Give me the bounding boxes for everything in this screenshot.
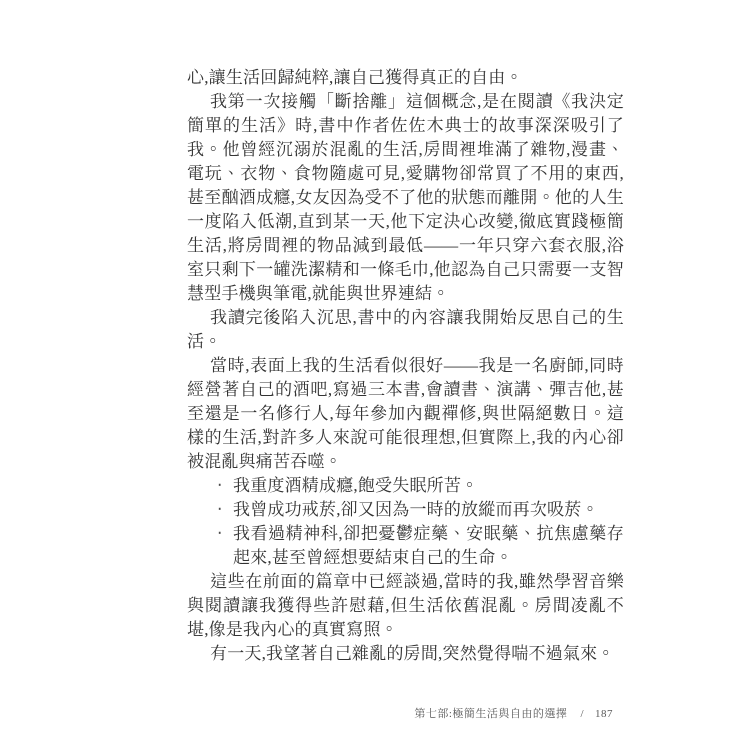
paragraph-previous-chapters: 這些在前面的篇章中已經談過,當時的我,雖然學習音樂與閱讀讓我獲得些許慰藉,但生活…: [187, 570, 624, 642]
footer-separator: /: [580, 706, 584, 722]
paragraph-opening-continuation: 心,讓生活回歸純粹,讓自己獲得真正的自由。: [187, 66, 624, 90]
bullet-text: 我重度酒精成癮,飽受失眠所苦。: [233, 476, 478, 495]
bullet-list: ‧ 我重度酒精成癮,飽受失眠所苦。 ‧ 我曾成功戒菸,卻又因為一時的放縱而再次吸…: [187, 474, 624, 570]
bullet-marker-icon: ‧: [217, 498, 223, 522]
bullet-item: ‧ 我重度酒精成癮,飽受失眠所苦。: [187, 474, 624, 498]
bullet-text: 我曾成功戒菸,卻又因為一時的放縱而再次吸菸。: [233, 500, 599, 519]
book-page: 心,讓生活回歸純粹,讓自己獲得真正的自由。 我第一次接觸「斷捨離」這個概念,是在…: [0, 0, 750, 750]
page-body: 心,讓生活回歸純粹,讓自己獲得真正的自由。 我第一次接觸「斷捨離」這個概念,是在…: [187, 66, 624, 666]
bullet-item: ‧ 我曾成功戒菸,卻又因為一時的放縱而再次吸菸。: [187, 498, 624, 522]
paragraph-danshari-intro: 我第一次接觸「斷捨離」這個概念,是在閱讀《我決定簡單的生活》時,書中作者佐佐木典…: [187, 90, 624, 306]
bullet-marker-icon: ‧: [217, 522, 223, 546]
bullet-item: ‧ 我看過精神科,卻把憂鬱症藥、安眠藥、抗焦慮藥存起來,甚至曾經想要結束自己的生…: [187, 522, 624, 570]
paragraph-suffocating: 有一天,我望著自己雜亂的房間,突然覺得喘不過氣來。: [187, 642, 624, 666]
page-footer: 第七部:極簡生活與自由的選擇 / 187: [414, 706, 613, 722]
bullet-marker-icon: ‧: [217, 474, 223, 498]
bullet-text: 我看過精神科,卻把憂鬱症藥、安眠藥、抗焦慮藥存起來,甚至曾經想要結束自己的生命。: [233, 524, 624, 567]
footer-page-number: 187: [595, 706, 613, 722]
paragraph-life-on-surface: 當時,表面上我的生活看似很好——我是一名廚師,同時經營著自己的酒吧,寫過三本書,…: [187, 354, 624, 474]
paragraph-reflection: 我讀完後陷入沉思,書中的內容讓我開始反思自己的生活。: [187, 306, 624, 354]
footer-chapter-title: 第七部:極簡生活與自由的選擇: [414, 706, 567, 722]
